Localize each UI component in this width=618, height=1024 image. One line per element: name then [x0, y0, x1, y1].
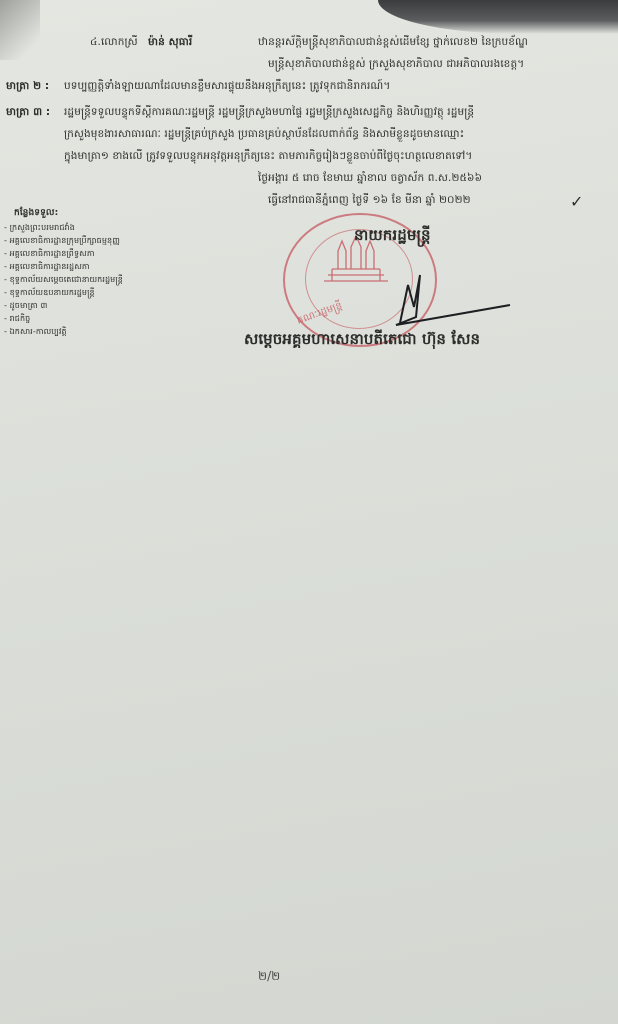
item4-prefix: ៤.លោកស្រី	[90, 36, 138, 51]
item4-role-line2: មន្ត្រីសុខាភិបាលជាន់ខ្ពស់ ក្រសួងសុខាភិបា…	[268, 58, 524, 73]
page-number: ២/២	[258, 968, 280, 986]
date-lunar: ថ្ងៃអង្គារ ៥ រោច ខែមាឃ ឆ្នាំខាល ចត្វាស័ក…	[258, 172, 482, 187]
recipient-item: - អគ្គលេខាធិការដ្ឋានព្រឹទ្ធសភា	[4, 248, 95, 260]
photo-shadow-left	[0, 0, 40, 60]
signature	[370, 265, 520, 335]
article2-label: មាត្រា ២ :	[6, 80, 49, 95]
signatory-title: នាយករដ្ឋមន្ត្រី	[354, 226, 431, 248]
item4-role-line1: ឋានន្តរស័ក្តិមន្ត្រីសុខាភិបាលជាន់ខ្ពស់ដើ…	[258, 36, 528, 51]
recipient-item: - អគ្គលេខាធិការដ្ឋានក្រុមប្រឹក្សាធម្មនុញ…	[4, 235, 120, 247]
date-solar: ធ្វើនៅរាជធានីភ្នំពេញ ថ្ងៃទី ១៦ ខែ មីនា ឆ…	[268, 194, 471, 209]
recipient-item: - ឯកសារ-កាលប្បវត្តិ	[4, 326, 67, 338]
check-mark-icon: ✓	[570, 192, 584, 211]
recipient-item: - ខុទ្ទកាល័យឧបនាយករដ្ឋមន្ត្រី	[4, 287, 95, 299]
article3-line2: ក្រសួងមុខងារសាធារណៈ រដ្ឋមន្ត្រីគ្រប់ក្រស…	[64, 128, 464, 143]
recipient-item: - រាជកិច្ច	[4, 313, 30, 325]
signatory-name: សម្តេចអគ្គមហាសេនាបតីតេជោ ហ៊ុន សែន	[244, 330, 480, 352]
recipient-item: - ដូចមាត្រា ៣	[4, 300, 47, 312]
recipient-item: - ខុទ្ទកាល័យសម្តេចតេជោនាយករដ្ឋមន្ត្រី	[4, 274, 123, 286]
recipient-item: - ក្រសួងព្រះបរមរាជវាំង	[4, 222, 75, 234]
article3-line3: ក្នុងមាត្រា១ ខាងលើ ត្រូវទទួលបន្ទុកអនុវត្…	[64, 150, 472, 165]
item4-name: ម៉ាន់ សុធារី	[148, 36, 192, 51]
article2-text: បទប្បញ្ញត្តិទាំងឡាយណាដែលមានខ្លឹមសារផ្ទុយ…	[64, 80, 390, 95]
recipients-heading: កន្លែងទទួល:	[14, 207, 58, 220]
article3-line1: រដ្ឋមន្ត្រីទទួលបន្ទុកទីស្តីការគណៈរដ្ឋមន្…	[64, 106, 474, 121]
article3-label: មាត្រា ៣ :	[6, 106, 50, 121]
recipient-item: - អគ្គលេខាធិការដ្ឋានរដ្ឋសភា	[4, 261, 90, 273]
